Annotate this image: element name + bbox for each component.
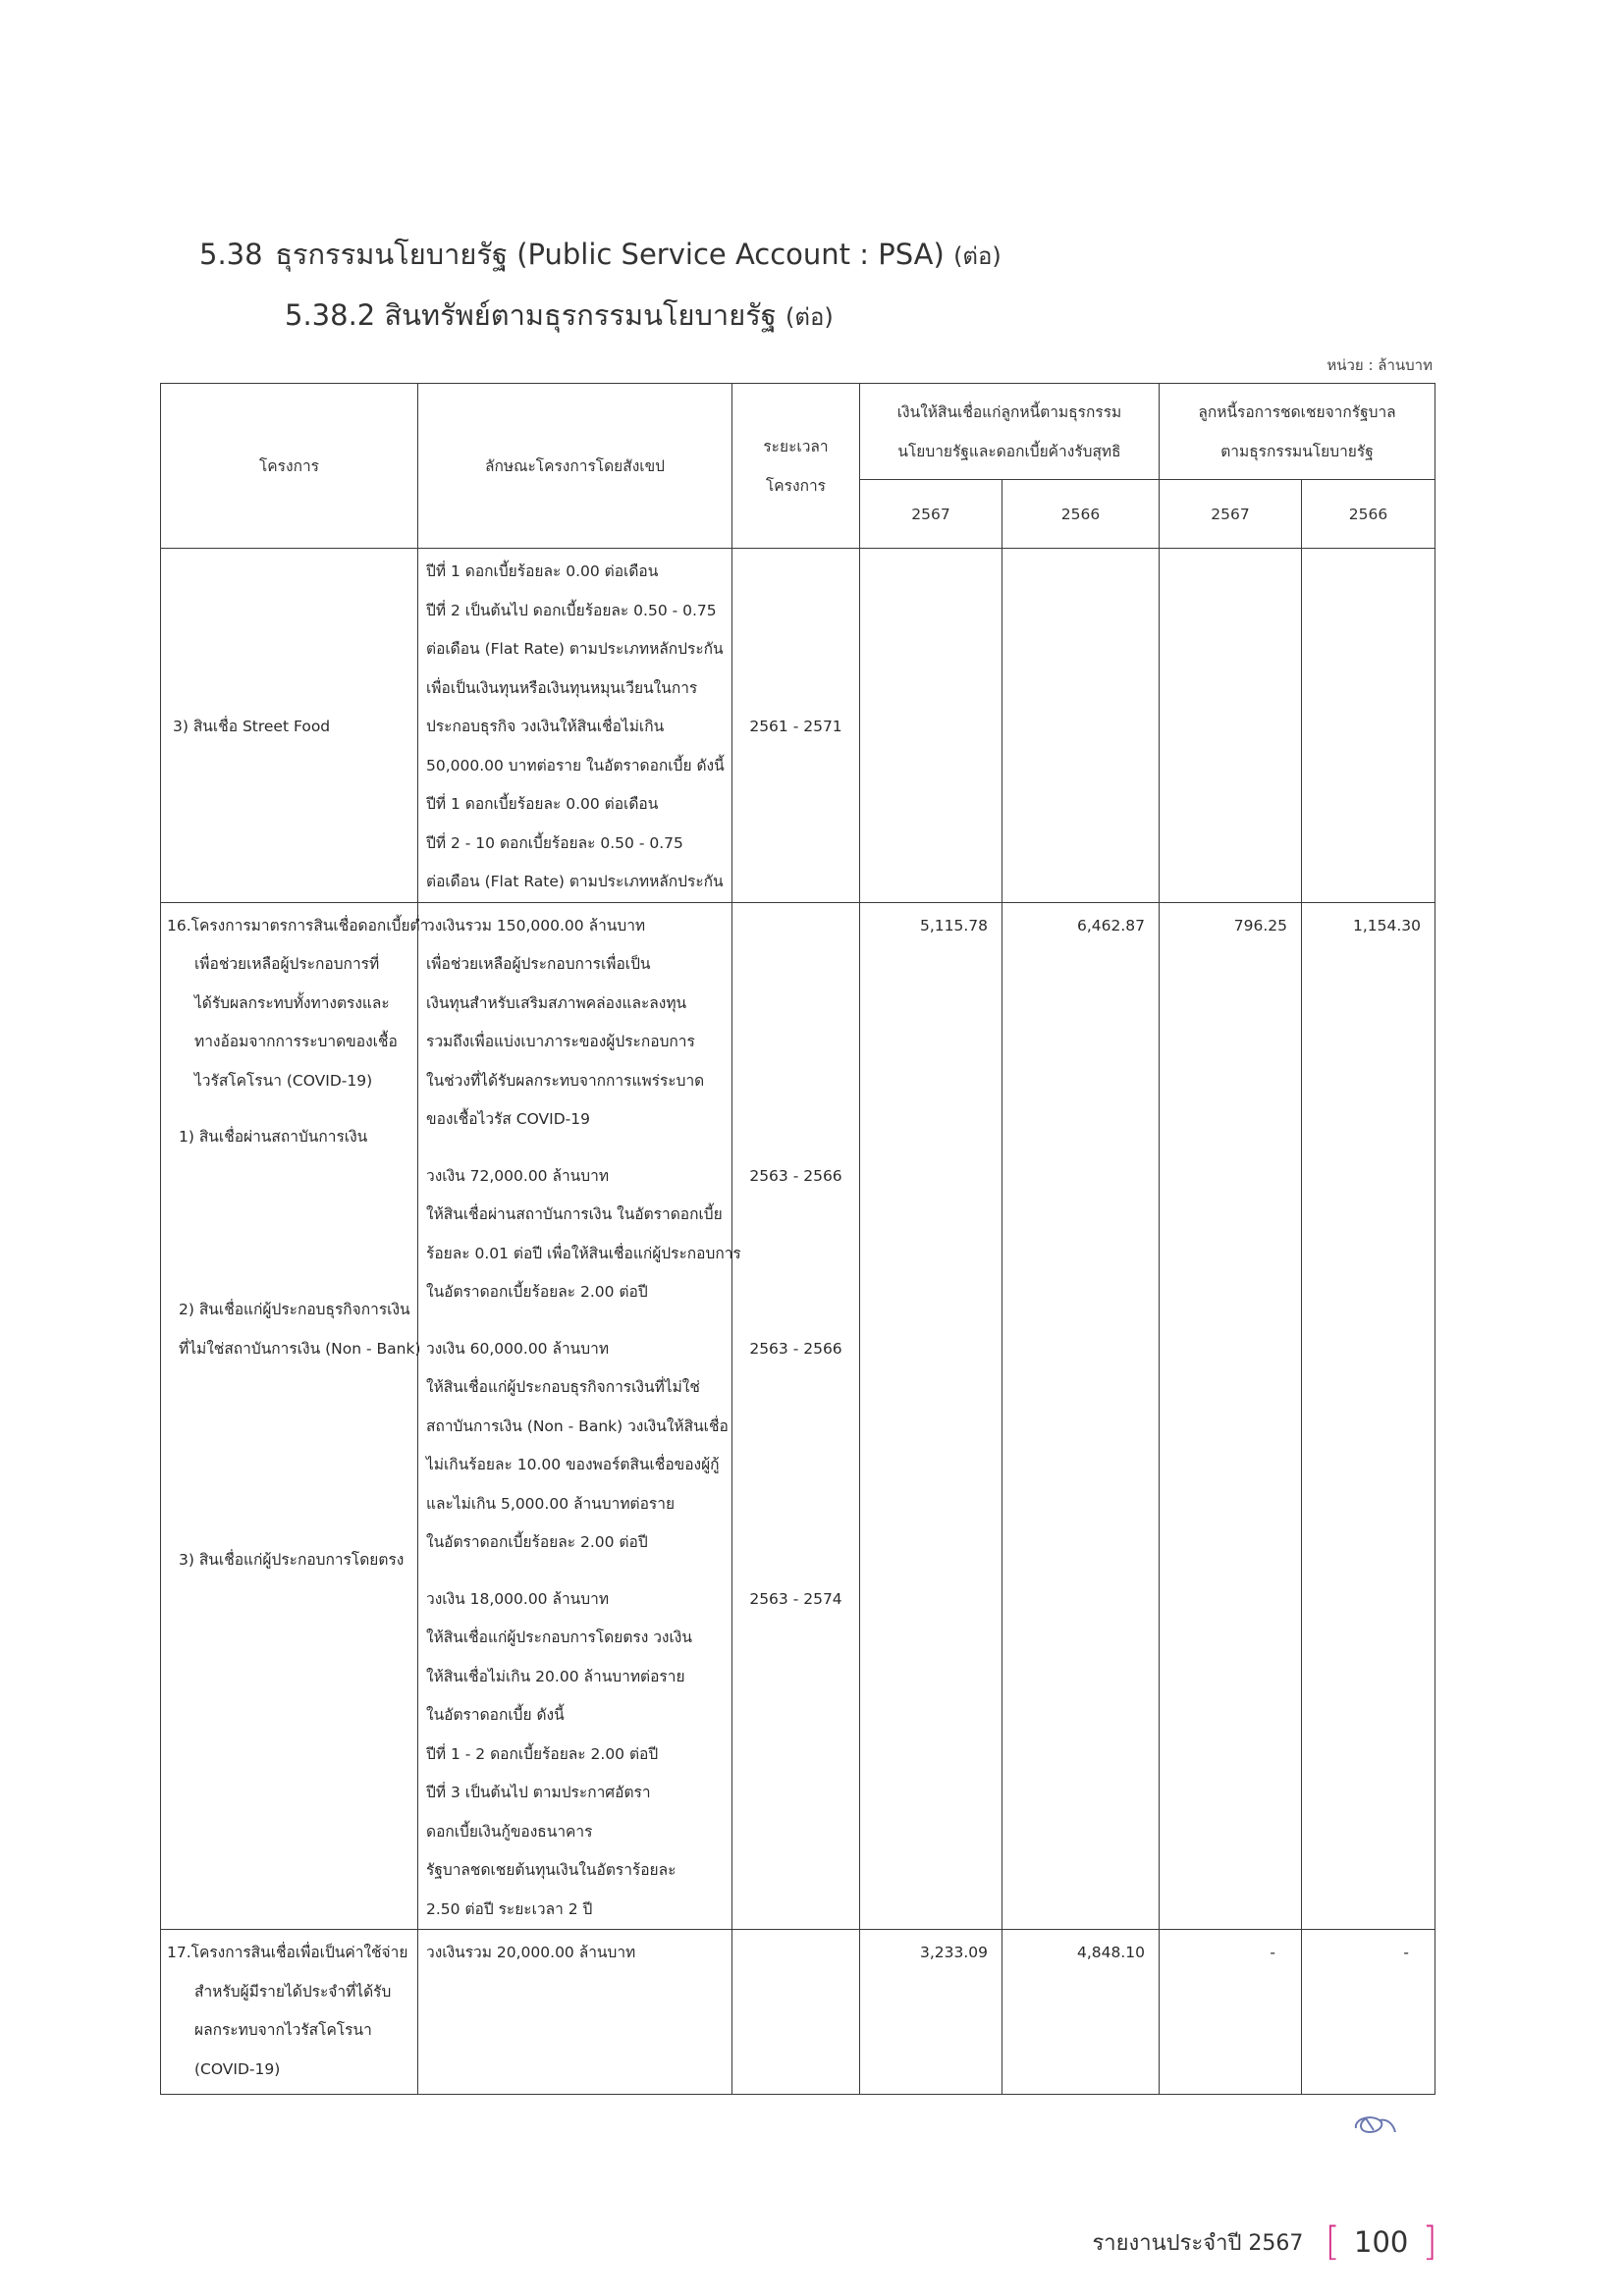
period-value: 2561 - 2571 [733, 708, 858, 747]
cell-line: ปีที่ 1 ดอกเบี้ยร้อยละ 0.00 ต่อเดือน [426, 785, 724, 825]
project-filler [179, 1235, 411, 1274]
cell-line: รัฐบาลชดเชยต้นทุนเงินในอัตราร้อยละ [426, 1851, 724, 1891]
cell-line: 3) สินเชื่อแก่ผู้ประกอบการโดยตรง [179, 1541, 411, 1580]
spacer [426, 1563, 724, 1580]
project-cell: 17.โครงการสินเชื่อเพื่อเป็นค่าใช้จ่ายสำห… [161, 1930, 418, 2095]
cell-line: ที่ไม่ใช่สถาบันการเงิน (Non - Bank) [179, 1330, 411, 1369]
period-cell [732, 1930, 860, 2095]
cell-line: ทางอ้อมจากการระบาดของเชื้อ [167, 1023, 411, 1062]
header-year-2567-loans: 2567 [860, 480, 1002, 549]
table-row: 16.โครงการมาตรการสินเชื่อดอกเบี้ยต่ำเพื่… [161, 902, 1435, 1930]
value-v2567b: - [1160, 1930, 1302, 2095]
subsection-title: 5.38.2 สินทรัพย์ตามธุรกรรมนโยบายรัฐ [285, 298, 777, 332]
cell-line: 17.โครงการสินเชื่อเพื่อเป็นค่าใช้จ่าย [167, 1934, 411, 1973]
period-value: 2563 - 2566 [733, 1157, 858, 1197]
cell-line: (COVID-19) [167, 2051, 411, 2090]
cell-line: วงเงินรวม 20,000.00 ล้านบาท [426, 1934, 724, 1973]
cell-line: 1) สินเชื่อผ่านสถาบันการเงิน [179, 1118, 411, 1157]
cell-line: ปีที่ 2 เป็นต้นไป ดอกเบี้ยร้อยละ 0.50 - … [426, 592, 724, 631]
cell-line: ดอกเบี้ยเงินกู้ของธนาคาร [426, 1813, 724, 1852]
period-value: 2563 - 2574 [733, 1580, 858, 1620]
section-number: 5.38 [199, 238, 266, 271]
period-filler [733, 1368, 858, 1408]
period-value [733, 907, 858, 946]
spacer [167, 1100, 411, 1118]
cell-line: ในช่วงที่ได้รับผลกระทบจากการแพร่ระบาด [426, 1062, 724, 1101]
cell-line: ให้สินเชื่อแก่ผู้ประกอบการโดยตรง วงเงิน [426, 1619, 724, 1658]
psa-assets-table: โครงการ ลักษณะโครงการโดยสังเขป ระยะเวลา … [160, 383, 1435, 2095]
project-filler [179, 1696, 411, 1735]
project-filler [179, 1580, 411, 1620]
cell-line: ให้สินเชื่อแก่ผู้ประกอบธุรกิจการเงินที่ไ… [426, 1368, 724, 1408]
cell-line: ผลกระทบจากไวรัสโคโรนา [167, 2011, 411, 2051]
period-filler [733, 1196, 858, 1235]
cell-line: ปีที่ 2 - 10 ดอกเบี้ยร้อยละ 0.50 - 0.75 [426, 825, 724, 864]
period-filler [733, 1100, 858, 1140]
value-v2567b [1160, 549, 1302, 903]
spacer [167, 1273, 411, 1291]
period-filler [733, 945, 858, 985]
value-v2566b [1302, 549, 1435, 903]
subitem-project: 1) สินเชื่อผ่านสถาบันการเงิน [167, 1118, 411, 1273]
project-filler [179, 1658, 411, 1697]
spacer [167, 1523, 411, 1541]
cell-line: รวมถึงเพื่อแบ่งเบาภาระของผู้ประกอบการ [426, 1023, 724, 1062]
value-v2567a: 5,115.78 [860, 902, 1002, 1930]
cell-line: วงเงินรวม 150,000.00 ล้านบาท [426, 907, 724, 946]
project-filler [179, 1408, 411, 1447]
value-v2566a: 6,462.87 [1002, 902, 1160, 1930]
header-description: ลักษณะโครงการโดยสังเขป [418, 384, 732, 549]
header-loans-line1: เงินให้สินเชื่อแก่ลูกหนี้ตามธุรกรรม [861, 393, 1158, 432]
project-filler [179, 1774, 411, 1813]
spacer [733, 1140, 858, 1157]
project-filler [179, 1813, 411, 1852]
cell-line: ของเชื้อไวรัส COVID-19 [426, 1100, 724, 1140]
cell-line: วงเงิน 18,000.00 ล้านบาท [426, 1580, 724, 1620]
cell-line: ร้อยละ 0.01 ต่อปี เพื่อให้สินเชื่อแก่ผู้… [426, 1235, 724, 1274]
project-filler [179, 1735, 411, 1775]
header-receivable-group: ลูกหนี้รอการชดเชยจากรัฐบาล ตามธุรกรรมนโย… [1160, 384, 1435, 480]
subitem-project: 2) สินเชื่อแก่ผู้ประกอบธุรกิจการเงินที่ไ… [167, 1291, 411, 1523]
cell-line: ประกอบธุรกิจ วงเงินให้สินเชื่อไม่เกิน [426, 708, 724, 747]
section-continued: (ต่อ) [953, 242, 1001, 270]
page-number: 100 [1354, 2225, 1408, 2259]
project-filler [179, 1157, 411, 1197]
period-cell: 2563 - 2566 2563 - 2566 2563 - 2574 [732, 902, 860, 1930]
subsection-continued: (ต่อ) [785, 303, 834, 331]
project-filler [179, 1196, 411, 1235]
header-loans-group: เงินให้สินเชื่อแก่ลูกหนี้ตามธุรกรรม นโยบ… [860, 384, 1160, 480]
cell-line: ต่อเดือน (Flat Rate) ตามประเภทหลักประกัน [426, 863, 724, 902]
period-filler [733, 1235, 858, 1274]
cell-line: ได้รับผลกระทบทั้งทางตรงและ [167, 985, 411, 1024]
cell-line: สถาบันการเงิน (Non - Bank) วงเงินให้สินเ… [426, 1408, 724, 1447]
header-period-line1: ระยะเวลา [733, 427, 858, 466]
header-project: โครงการ [161, 384, 418, 549]
value-v2566b: 1,154.30 [1302, 902, 1435, 1930]
description-cell: วงเงินรวม 150,000.00 ล้านบาทเพื่อช่วยเหล… [418, 902, 732, 1930]
spacer [733, 1312, 858, 1330]
cell-line: ให้สินเชื่อผ่านสถาบันการเงิน ในอัตราดอกเ… [426, 1196, 724, 1235]
cell-line: 16.โครงการมาตรการสินเชื่อดอกเบี้ยต่ำ [167, 907, 411, 946]
cell-line: เพื่อช่วยเหลือผู้ประกอบการเพื่อเป็น [426, 945, 724, 985]
header-period-line2: โครงการ [733, 466, 858, 506]
period-value [733, 1934, 858, 1973]
value-v2567b: 796.25 [1160, 902, 1302, 1930]
table-row: 17.โครงการสินเชื่อเพื่อเป็นค่าใช้จ่ายสำห… [161, 1930, 1435, 2095]
section-title: ธุรกรรมนโยบายรัฐ (Public Service Account… [275, 238, 945, 271]
cell-line: ปีที่ 3 เป็นต้นไป ตามประกาศอัตรา [426, 1774, 724, 1813]
cell-line: เพื่อช่วยเหลือผู้ประกอบการที่ [167, 945, 411, 985]
table-row: 3) สินเชื่อ Street Foodปีที่ 1 ดอกเบี้ยร… [161, 549, 1435, 903]
period-filler [733, 1062, 858, 1101]
cell-line: 3) สินเชื่อ Street Food [173, 708, 411, 747]
cell-line: ไม่เกินร้อยละ 10.00 ของพอร์ตสินเชื่อของผ… [426, 1446, 724, 1485]
period-filler [733, 1523, 858, 1563]
cell-line: ในอัตราดอกเบี้ยร้อยละ 2.00 ต่อปี [426, 1523, 724, 1563]
cell-line: 2.50 ต่อปี ระยะเวลา 2 ปี [426, 1891, 724, 1930]
header-loans-line2: นโยบายรัฐและดอกเบี้ยค้างรับสุทธิ [861, 432, 1158, 471]
project-cell: 16.โครงการมาตรการสินเชื่อดอกเบี้ยต่ำเพื่… [161, 902, 418, 1930]
period-filler [733, 1446, 858, 1485]
value-v2566a: 4,848.10 [1002, 1930, 1160, 2095]
spacer [426, 1312, 724, 1330]
description-cell: ปีที่ 1 ดอกเบี้ยร้อยละ 0.00 ต่อเดือนปีที… [418, 549, 732, 903]
cell-line: วงเงิน 60,000.00 ล้านบาท [426, 1330, 724, 1369]
value-v2567a: 3,233.09 [860, 1930, 1002, 2095]
period-filler [733, 1408, 858, 1447]
cell-line: ต่อเดือน (Flat Rate) ตามประเภทหลักประกัน [426, 630, 724, 669]
period-value: 2563 - 2566 [733, 1330, 858, 1369]
cell-line: ปีที่ 1 - 2 ดอกเบี้ยร้อยละ 2.00 ต่อปี [426, 1735, 724, 1775]
header-receivable-line1: ลูกหนี้รอการชดเชยจากรัฐบาล [1161, 393, 1434, 432]
value-v2566a [1002, 549, 1160, 903]
period-filler [733, 1485, 858, 1524]
period-filler [733, 1023, 858, 1062]
cell-line: ในอัตราดอกเบี้ย ดังนี้ [426, 1696, 724, 1735]
value-v2567a [860, 549, 1002, 903]
description-cell: วงเงินรวม 20,000.00 ล้านบาท [418, 1930, 732, 2095]
value-v2566b: - [1302, 1930, 1435, 2095]
project-filler [179, 1485, 411, 1524]
cell-line: วงเงิน 72,000.00 ล้านบาท [426, 1157, 724, 1197]
cell-line: เพื่อเป็นเงินทุนหรือเงินทุนหมุนเวียนในกา… [426, 669, 724, 709]
header-receivable-line2: ตามธุรกรรมนโยบายรัฐ [1161, 432, 1434, 471]
page-footer: รายงานประจำปี 2567 [ 100 ] [1092, 2222, 1437, 2262]
cell-line: เงินทุนสำหรับเสริมสภาพคล่องและลงทุน [426, 985, 724, 1024]
report-label: รายงานประจำปี 2567 [1092, 2225, 1303, 2260]
section-heading: 5.38 ธุรกรรมนโยบายรัฐ (Public Service Ac… [199, 232, 1001, 277]
left-bracket-icon: [ [1325, 2222, 1340, 2262]
cell-line: สำหรับผู้มีรายได้ประจำที่ได้รับ [167, 1973, 411, 2012]
subitem-project: 3) สินเชื่อแก่ผู้ประกอบการโดยตรง [167, 1541, 411, 1891]
unit-label: หน่วย : ล้านบาท [1326, 353, 1433, 377]
cell-line: ในอัตราดอกเบี้ยร้อยละ 2.00 ต่อปี [426, 1273, 724, 1312]
project-filler [179, 1851, 411, 1891]
project-filler [179, 1368, 411, 1408]
signature-icon [1350, 2110, 1401, 2140]
cell-line: 50,000.00 บาทต่อราย ในอัตราดอกเบี้ย ดังน… [426, 747, 724, 786]
project-filler [179, 1619, 411, 1658]
right-bracket-icon: ] [1422, 2222, 1437, 2262]
project-cell: 3) สินเชื่อ Street Food [161, 549, 418, 903]
period-filler [733, 1273, 858, 1312]
subsection-heading: 5.38.2 สินทรัพย์ตามธุรกรรมนโยบายรัฐ (ต่อ… [285, 293, 834, 338]
period-cell: 2561 - 2571 [732, 549, 860, 903]
cell-line: ปีที่ 1 ดอกเบี้ยร้อยละ 0.00 ต่อเดือน [426, 553, 724, 592]
project-filler [179, 1446, 411, 1485]
period-filler [733, 985, 858, 1024]
header-year-2566-receivable: 2566 [1302, 480, 1435, 549]
cell-line: ให้สินเชื่อไม่เกิน 20.00 ล้านบาทต่อราย [426, 1658, 724, 1697]
cell-line: 2) สินเชื่อแก่ผู้ประกอบธุรกิจการเงิน [179, 1291, 411, 1330]
spacer [733, 1563, 858, 1580]
header-year-2566-loans: 2566 [1002, 480, 1160, 549]
cell-line: และไม่เกิน 5,000.00 ล้านบาทต่อราย [426, 1485, 724, 1524]
header-year-2567-receivable: 2567 [1160, 480, 1302, 549]
header-period: ระยะเวลา โครงการ [732, 384, 860, 549]
cell-line: ไวรัสโคโรนา (COVID-19) [167, 1062, 411, 1101]
spacer [426, 1140, 724, 1157]
